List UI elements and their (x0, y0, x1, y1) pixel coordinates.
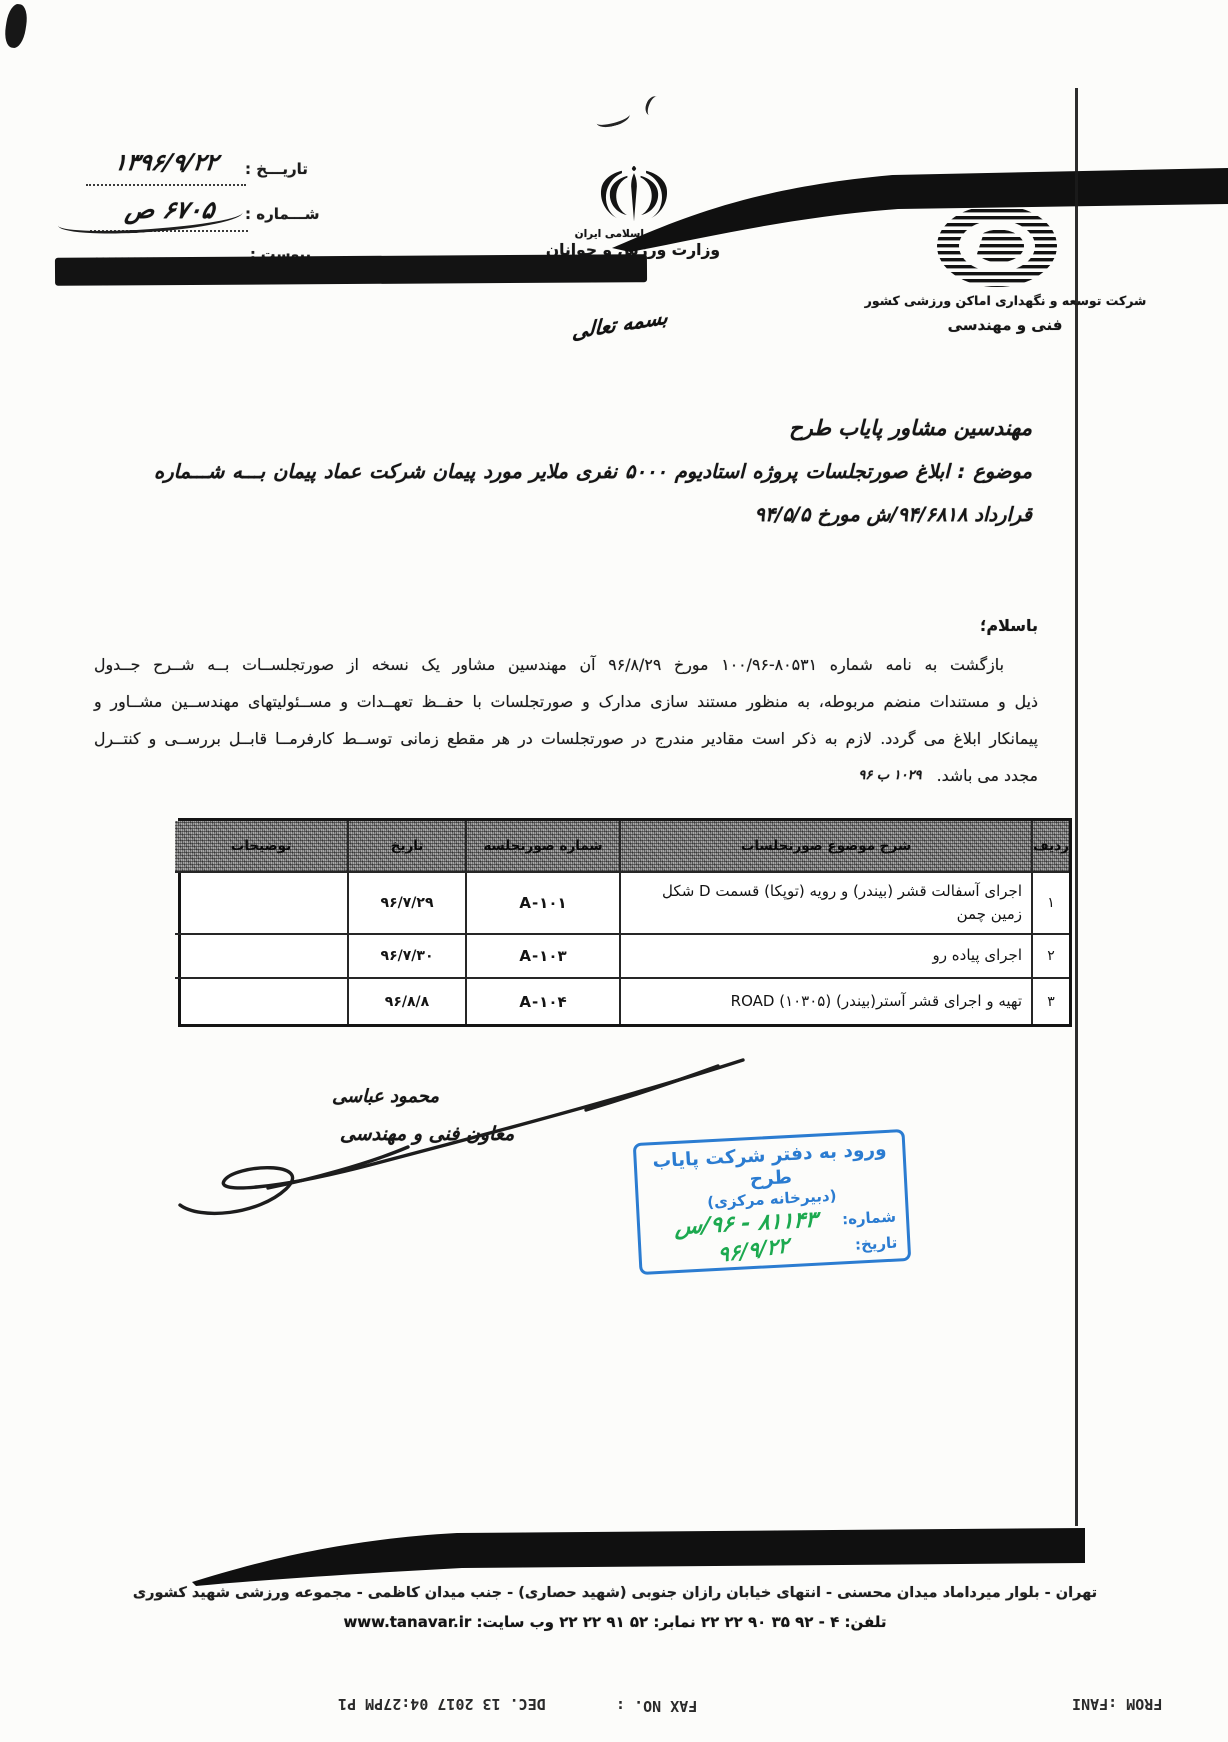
col-header-number: شماره صورتجلسه (465, 821, 619, 871)
body-line-1: بازگشت به نامه شماره ۸۰۵۳۱-۱۰۰/۹۶ مورخ ۹… (94, 646, 1038, 683)
table-row-3-notes (175, 977, 347, 1024)
table-row-1-radif: ۱ (1031, 871, 1069, 933)
table-row-3-number: A-۱۰۴ (465, 977, 619, 1024)
body-annotation: ۱۰۲۹ ب ۹۶ (858, 768, 921, 783)
bottom-swoosh-band (182, 1516, 1085, 1586)
scan-mark-artifact (595, 108, 631, 130)
col-header-subject: شرح موضوع صورتجلسات (619, 821, 1031, 871)
table-row-2-radif: ۲ (1031, 933, 1069, 977)
fax-no-label: FAX NO. : (616, 1697, 697, 1715)
body-line-2: ذیل و مستندات منضم مربوطه، به منظور مستن… (94, 683, 1038, 720)
table-row-1-subject: اجرای آسفالت قشر (بیندر) و رویه (توپکا) … (619, 871, 1031, 933)
col-header-radif: ردیف (1031, 821, 1069, 871)
table-row-3-date: ۹۶/۸/۸ (347, 977, 465, 1024)
form-date-label: تاريـــخ : (245, 160, 350, 178)
company-name: شرکت توسعه و نگهداری اماکن ورزشی کشور (853, 293, 1158, 308)
table-row-2-subject: اجرای پیاده رو (619, 933, 1031, 977)
col-header-notes: توضیحات (175, 821, 347, 871)
scanned-letter-page: تاريـــخ : ۱۳۹۶/۹/۲۲ شـــماره : ۶۷۰۵ ص پ… (0, 0, 1228, 1742)
stamp-date-label: تاریخ: (855, 1234, 898, 1254)
fax-from: FROM :FANI (1072, 1695, 1162, 1713)
body-line-3: پیمانکار ابلاغ می گردد. لازم به ذکر است … (94, 720, 1038, 757)
footer-address: تهران - بلوار میرداماد میدان محسنی - انت… (95, 1585, 1135, 1601)
table-row-2-notes (175, 933, 347, 977)
scan-mark-artifact (643, 94, 663, 118)
col-header-date: تاریخ (347, 821, 465, 871)
body-line-4-text: مجدد می باشد. (937, 766, 1038, 785)
table-row-3-radif: ۳ (1031, 977, 1069, 1024)
table-row-3-subject: تهیه و اجرای قشر آستر(بیندر) (۱۰۳۰۵) ROA… (619, 977, 1031, 1024)
salutation: باسلام؛ (980, 616, 1038, 635)
subject-line-2: قرارداد ۹۴/۶۸۱۸/ش مورخ ۹۴/۵/۵ (472, 503, 1032, 526)
vertical-scan-line (1075, 88, 1078, 1526)
letter-body: بازگشت به نامه شماره ۸۰۵۳۱-۱۰۰/۹۶ مورخ ۹… (94, 646, 1038, 796)
form-number-label: شـــماره : (245, 205, 350, 223)
table-row-1-notes (175, 871, 347, 933)
minutes-table: ردیف شرح موضوع صورتجلسات شماره صورتجلسه … (178, 818, 1072, 1027)
besmellah: بسمه تعالی (545, 300, 694, 348)
recipient-line: مهندسین مشاور پایاب طرح (592, 416, 1032, 440)
table-row-2-date: ۹۶/۷/۳۰ (347, 933, 465, 977)
top-swoosh-band (598, 138, 1228, 254)
footer-contact: تلفن: ۴ - ۹۲ ۳۵ ۹۰ ۲۲ ۲۲ نمابر: ۵۲ ۹۱ ۲۲… (95, 1613, 1135, 1631)
fax-datetime: DEC. 13 2017 04:27PM P1 (338, 1695, 546, 1713)
body-line-4: مجدد می باشد. ۱۰۲۹ ب ۹۶ (94, 757, 1038, 796)
table-row-1-number: A-۱۰۱ (465, 871, 619, 933)
table-row-1-date: ۹۶/۷/۲۹ (347, 871, 465, 933)
subject-line-1: موضوع : ابلاغ صورتجلسات پروژه استادیوم ۵… (154, 460, 1032, 483)
table-row-2-number: A-۱۰۳ (465, 933, 619, 977)
left-header-bar (55, 254, 647, 286)
corner-smudge-artifact (3, 3, 30, 50)
form-date-dotted-line (86, 172, 246, 186)
entry-stamp: ورود به دفتر شرکت پایاب طرح (دبیرخانه مر… (633, 1129, 912, 1275)
